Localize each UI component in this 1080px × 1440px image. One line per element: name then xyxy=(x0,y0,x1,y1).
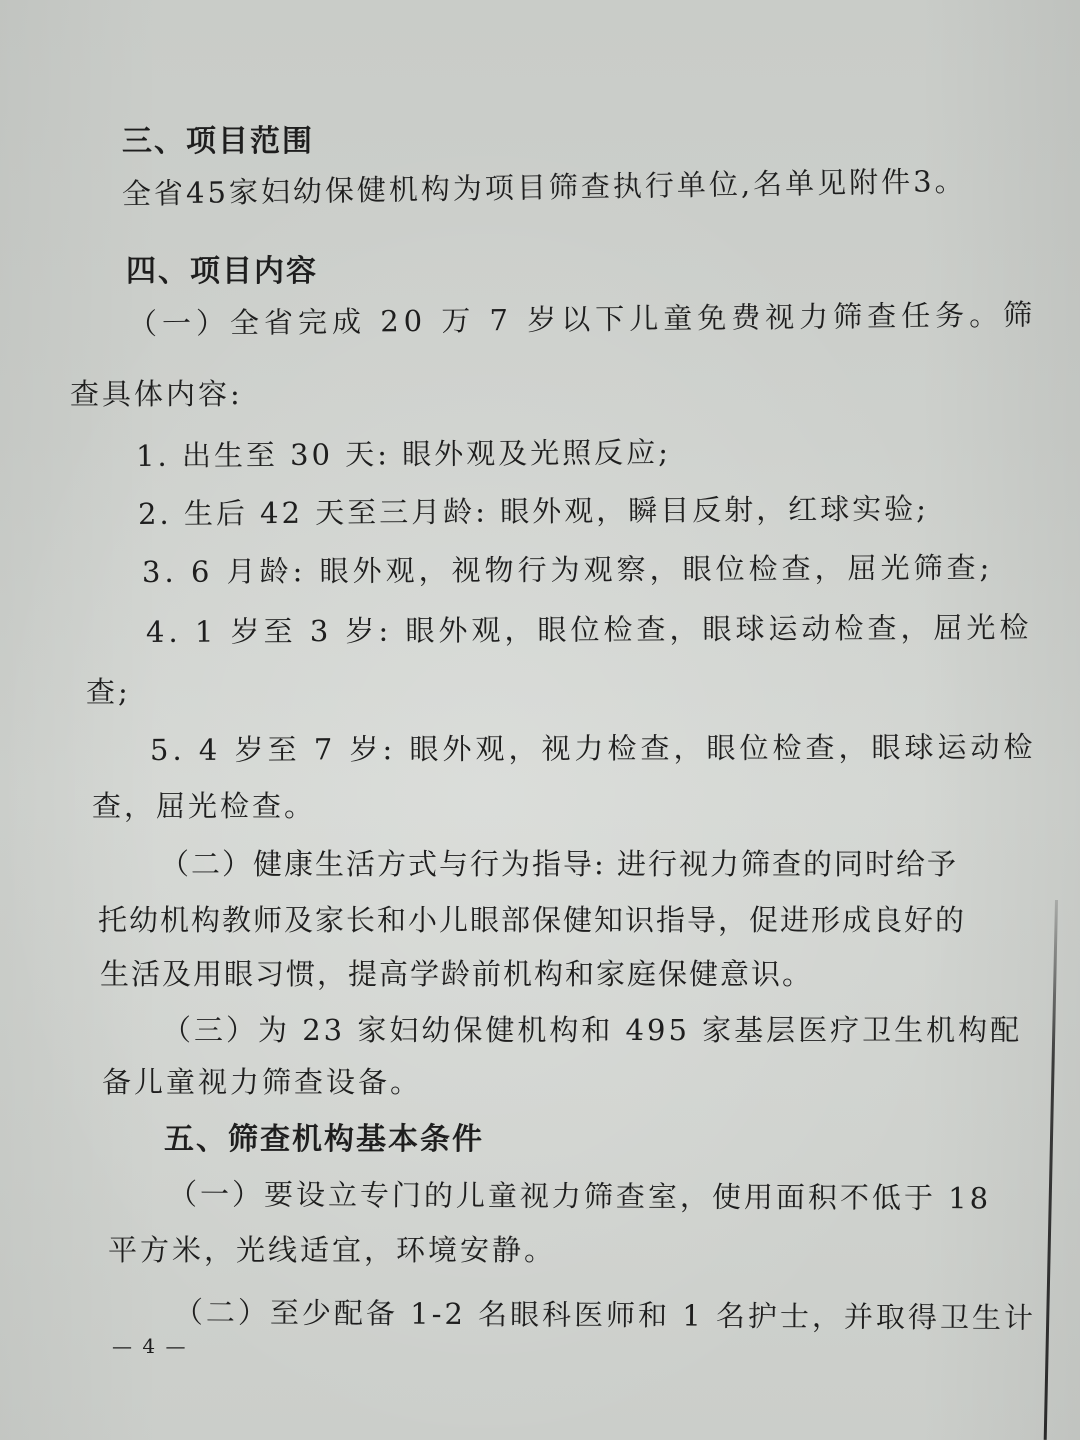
section-heading-conditions: 五、筛查机构基本条件 xyxy=(164,1114,484,1158)
list-item-4-line-1: 4. 1 岁至 3 岁: 眼外观，眼位检查，眼球运动检查，屈光检 xyxy=(146,605,1033,651)
conditions-item-1-line-2: 平方米，光线适宜，环境安静。 xyxy=(108,1228,556,1269)
document-page: 三、项目范围 全省45家妇幼保健机构为项目筛查执行单位,名单见附件3。 四、项目… xyxy=(0,0,1080,1440)
list-item-3: 3. 6 月龄: 眼外观，视物行为观察，眼位检查，屈光筛查; xyxy=(142,546,994,591)
item-1-line-2: 查具体内容: xyxy=(70,372,243,413)
item-3-line-1: （三）为 23 家妇幼保健机构和 495 家基层医疗卫生机构配 xyxy=(162,1008,1022,1049)
conditions-item-1-line-1: （一）要设立专门的儿童视力筛查室，使用面积不低于 18 xyxy=(168,1172,991,1217)
conditions-item-2-line-1: （二）至少配备 1-2 名眼科医师和 1 名护士，并取得卫生计 xyxy=(174,1290,1036,1337)
list-item-4-line-2: 查; xyxy=(86,670,131,711)
paragraph-scope: 全省45家妇幼保健机构为项目筛查执行单位,名单见附件3。 xyxy=(122,159,967,213)
item-2-line-3: 生活及用眼习惯，提高学龄前机构和家庭保健意识。 xyxy=(100,952,813,993)
section-heading-scope: 三、项目范围 xyxy=(122,116,314,160)
item-1-line-1: （一）全省完成 20 万 7 岁以下儿童免费视力筛查任务。筛 xyxy=(128,292,1038,343)
list-item-2: 2. 生后 42 天至三月龄: 眼外观，瞬目反射，红球实验; xyxy=(138,486,929,533)
page-number: — 4 — xyxy=(112,1334,187,1358)
item-2-line-2: 托幼机构教师及家长和小儿眼部保健知识指导，促进形成良好的 xyxy=(98,898,966,939)
item-3-line-2: 备儿童视力筛查设备。 xyxy=(102,1060,422,1101)
list-item-5-line-1: 5. 4 岁至 7 岁: 眼外观，视力检查，眼位检查，眼球运动检 xyxy=(150,725,1037,769)
item-2-line-1: （二）健康生活方式与行为指导: 进行视力筛查的同时给予 xyxy=(160,842,958,883)
list-item-5-line-2: 查，屈光检查。 xyxy=(92,784,316,825)
section-heading-content: 四、项目内容 xyxy=(126,246,318,290)
list-item-1: 1. 出生至 30 天: 眼外观及光照反应; xyxy=(136,430,671,475)
